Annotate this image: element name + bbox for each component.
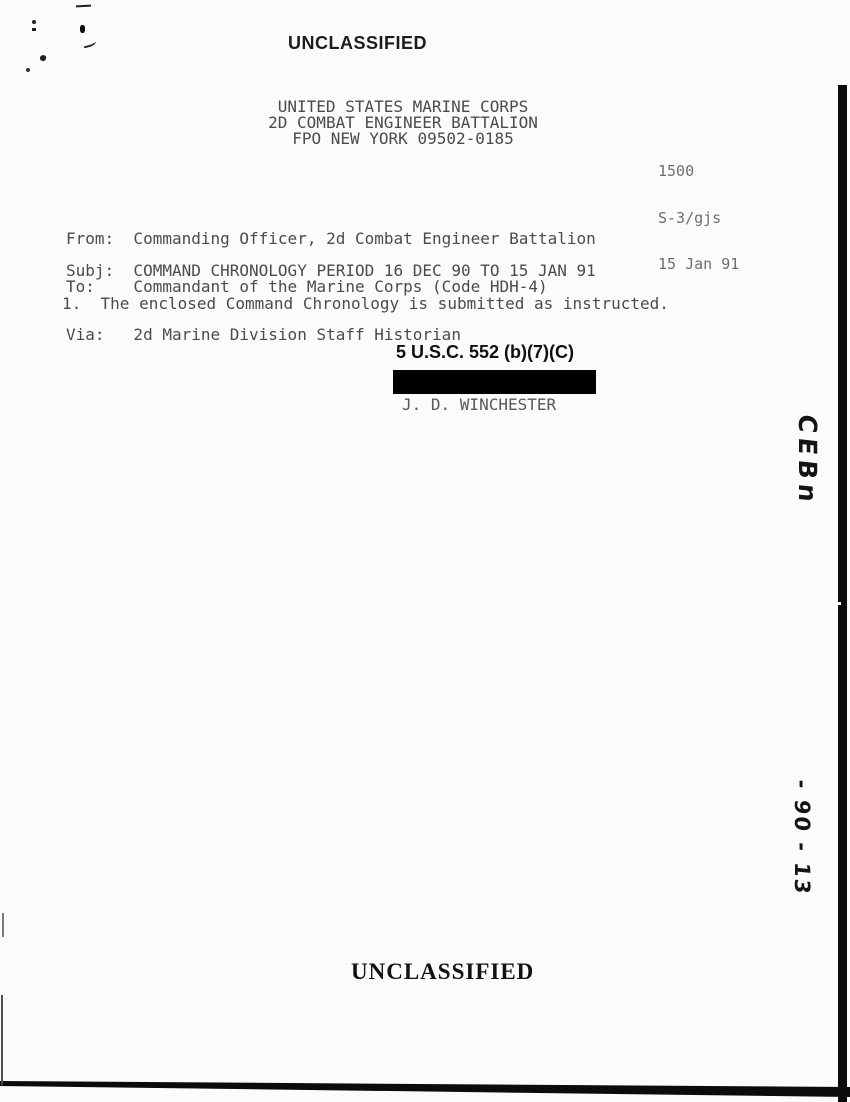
- reference-block: 1500 S-3/gjs 15 Jan 91: [658, 133, 739, 304]
- letterhead-line: FPO NEW YORK 09502-0185: [248, 131, 558, 147]
- handwritten-file-number-annotation: - 90 - 13: [790, 778, 814, 896]
- signature-name: J. D. WINCHESTER: [402, 397, 556, 413]
- to-line: To: Commandant of the Marine Corps (Code…: [66, 279, 596, 295]
- redaction-bar: [393, 370, 596, 394]
- letterhead: UNITED STATES MARINE CORPS 2D COMBAT ENG…: [248, 99, 558, 147]
- originator-code: S-3/gjs: [658, 211, 739, 227]
- date-line: 15 Jan 91: [658, 257, 739, 273]
- foia-exemption-stamp: 5 U.S.C. 552 (b)(7)(C): [396, 342, 574, 363]
- scan-edge-bar-gap: [838, 602, 841, 605]
- ink-speck: [76, 5, 91, 8]
- file-number: 1500: [658, 164, 739, 180]
- ink-speck: [32, 28, 36, 31]
- scanned-memo-page: UNCLASSIFIED UNITED STATES MARINE CORPS …: [0, 0, 850, 1102]
- scan-edge-dash-left: [2, 913, 4, 937]
- scan-edge-bar-bottom: [0, 1076, 850, 1100]
- handwritten-unit-annotation: CEBn: [793, 413, 822, 508]
- via-line: Via: 2d Marine Division Staff Historian: [66, 327, 596, 343]
- scan-edge-line-left: [1, 995, 3, 1085]
- subject-line: Subj: COMMAND CHRONOLOGY PERIOD 16 DEC 9…: [66, 263, 596, 279]
- ink-speck: [26, 68, 30, 72]
- ink-speck: [82, 39, 96, 49]
- ink-speck: [80, 25, 85, 33]
- scan-edge-bar-right: [838, 85, 847, 1102]
- classification-header: UNCLASSIFIED: [288, 33, 427, 54]
- classification-footer: UNCLASSIFIED: [351, 959, 534, 985]
- ink-speck: [39, 54, 47, 62]
- ink-speck: [32, 20, 36, 24]
- body-paragraph: 1. The enclosed Command Chronology is su…: [62, 296, 669, 312]
- from-line: From: Commanding Officer, 2d Combat Engi…: [66, 231, 596, 247]
